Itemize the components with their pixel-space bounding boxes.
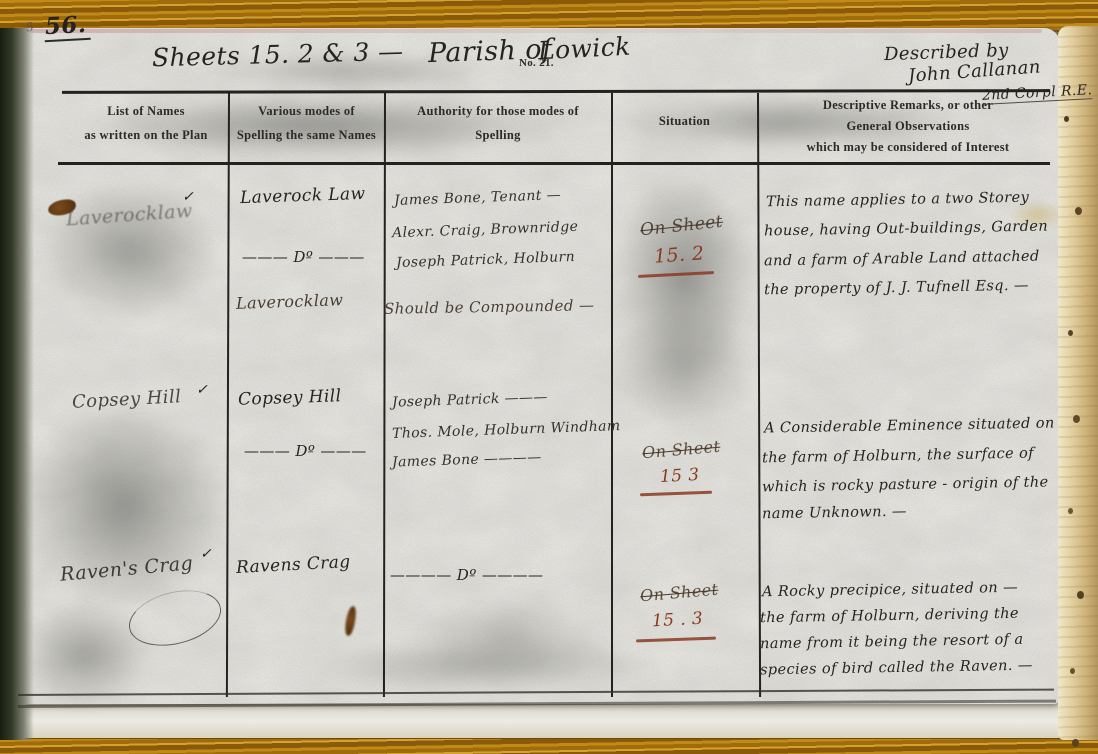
row2-situation-ref: 15 3: [660, 465, 700, 487]
column-header-remarks-line3: which may be considered of Interest: [760, 140, 1056, 155]
row2-remarks-line4: name Unknown. —: [762, 504, 907, 523]
column-header-remarks-line2: General Observations: [760, 119, 1056, 134]
parish-name-handwritten: Lowick: [537, 32, 631, 66]
row1-situation-ref: 15. 2: [653, 242, 705, 267]
row1-spelling-2: Laverocklaw: [236, 290, 344, 313]
column-header-authority-line1: Authority for those modes of: [386, 104, 610, 119]
margin-number: 5: [25, 20, 35, 35]
smudge: [612, 300, 752, 430]
column-header-authority-line2: Spelling: [386, 128, 610, 143]
scanned-document-page: 5 56. Sheets 15. 2 & 3 — Parish of No. 2…: [0, 0, 1098, 754]
column-header-spelling-line2: Spelling the same Names: [230, 128, 383, 143]
page-number: 56.: [43, 11, 91, 42]
smudge: [420, 595, 600, 680]
column-header-remarks-line1: Descriptive Remarks, or other: [760, 98, 1056, 113]
row2-spelling-1: Copsey Hill: [238, 386, 342, 410]
column-divider-3: [611, 93, 613, 697]
stacked-page-edge-lines: [1058, 26, 1098, 740]
row1-spelling-ditto: ——— Dº ———: [242, 248, 365, 266]
row1-check-mark: ✓: [182, 189, 194, 205]
column-header-names-line1: List of Names: [64, 104, 228, 119]
row3-authority-ditto: ———— Dº ————: [390, 566, 543, 584]
row3-situation-ref: 15 . 3: [652, 609, 704, 632]
table-rule-header-bottom: [58, 162, 1050, 165]
column-header-names-line2: as written on the Plan: [64, 128, 228, 143]
page-top-edge-tint: [30, 29, 1042, 33]
row1-authority-note: Should be Compounded —: [384, 296, 595, 318]
wood-bar-bottom: [0, 738, 1098, 754]
row2-spelling-ditto: ——— Dº ———: [244, 442, 367, 460]
row3-check-mark: ✓: [200, 546, 212, 562]
row2-check-mark: ✓: [196, 382, 208, 398]
column-header-spelling-line1: Various modes of: [230, 104, 383, 119]
book-gutter-shadow: [0, 28, 34, 740]
edge-speckles: [1068, 330, 1073, 336]
column-header-situation: Situation: [613, 114, 756, 129]
